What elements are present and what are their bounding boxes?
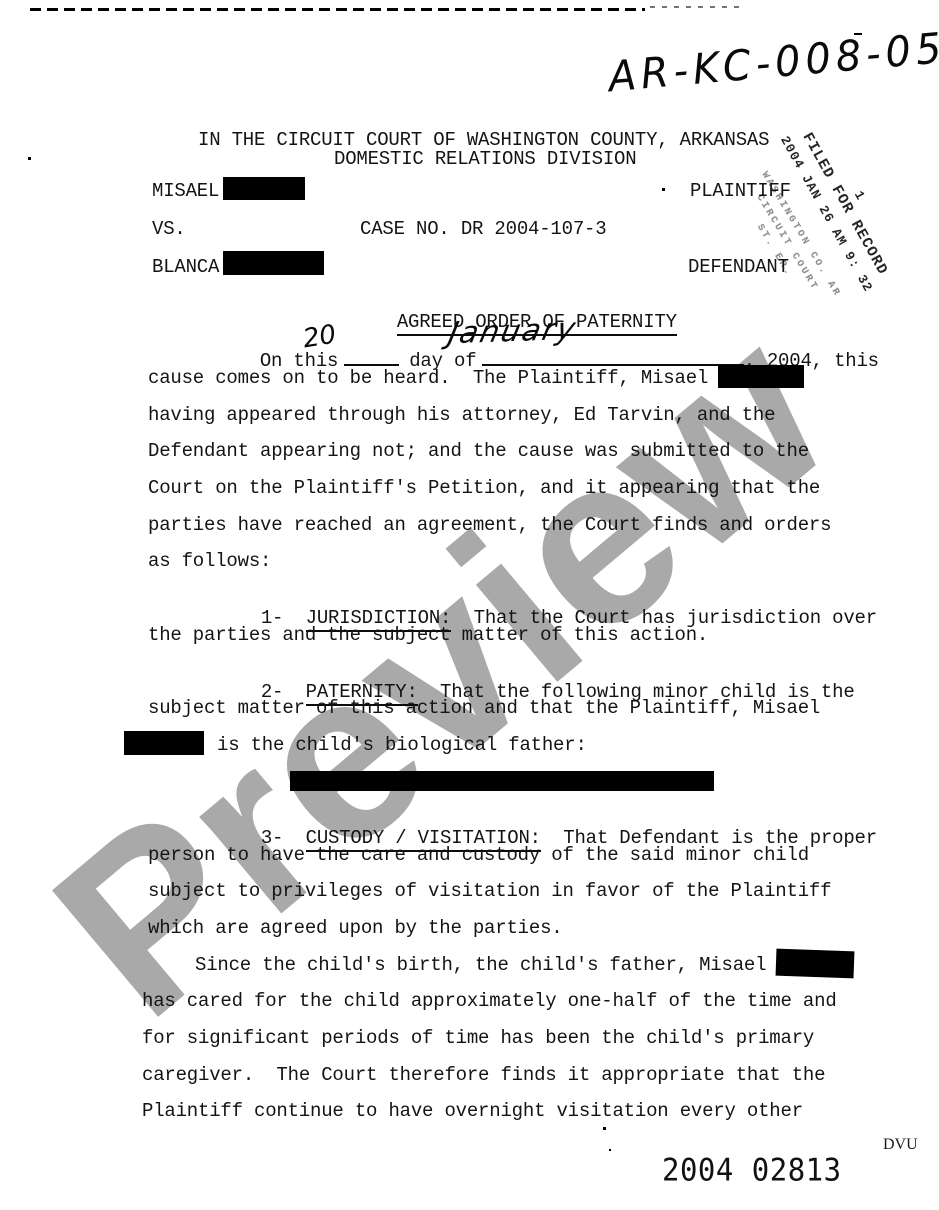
- plaintiff-name: MISAEL: [152, 182, 219, 202]
- body-line: Plaintiff continue to have overnight vis…: [142, 1102, 803, 1122]
- body-line: the parties and the subject matter of th…: [148, 626, 708, 646]
- body-line: as follows:: [148, 552, 271, 572]
- body-line: has cared for the child approximately on…: [142, 992, 837, 1012]
- body-line: having appeared through his attorney, Ed…: [148, 406, 775, 426]
- scanner-artifact-dot: [609, 1149, 611, 1151]
- plaintiff-surname-redaction: [718, 365, 804, 388]
- body-line: person to have the care and custody of t…: [148, 846, 809, 866]
- case-label-handwriting: AR-KC-008-05: [607, 24, 939, 102]
- child-name-redaction-bar: [290, 771, 714, 791]
- defendant-name: BLANCA: [152, 258, 219, 278]
- day-handwriting: 20: [301, 320, 338, 355]
- versus-label: VS.: [152, 220, 186, 240]
- plaintiff-surname-redaction: [124, 731, 204, 755]
- body-line: parties have reached an agreement, the C…: [148, 516, 831, 536]
- defendant-name-redaction: [223, 251, 324, 275]
- plaintiff-name-redaction: [223, 177, 305, 200]
- day-blank-underline: [344, 359, 399, 366]
- body-line: subject matter of this action and that t…: [148, 699, 820, 719]
- scanner-artifact-dot: [28, 157, 31, 160]
- footer-code: DVU: [883, 1137, 918, 1153]
- body-line: which are agreed upon by the parties.: [148, 919, 562, 939]
- scanned-court-document-page: Preview AR-KC-008-05 IN THE CIRCUIT COUR…: [0, 0, 939, 1210]
- body-line: for significant periods of time has been…: [142, 1029, 814, 1049]
- body-line: caregiver. The Court therefore finds it …: [142, 1066, 825, 1086]
- month-handwriting: January: [445, 312, 580, 352]
- body-line: Since the child's birth, the child's fat…: [195, 956, 766, 976]
- body-line: is the child's biological father:: [217, 736, 587, 756]
- scanner-artifact-dashed-line-right: [650, 6, 745, 8]
- plaintiff-surname-redaction: [776, 949, 855, 979]
- body-line: Defendant appearing not; and the cause w…: [148, 442, 809, 462]
- month-blank-underline: [482, 359, 744, 366]
- scanner-artifact-dot: [662, 188, 665, 191]
- case-number: CASE NO. DR 2004-107-3: [360, 220, 606, 240]
- court-header-line-2: DOMESTIC RELATIONS DIVISION: [334, 150, 636, 170]
- stamp-page-number: 1: [811, 116, 908, 276]
- scanner-artifact-dot: [603, 1127, 606, 1130]
- body-line: subject to privileges of visitation in f…: [148, 882, 831, 902]
- document-number-stamp: 2004 02813: [662, 1155, 842, 1186]
- scanner-artifact-dashed-line: [30, 8, 645, 11]
- body-line: cause comes on to be heard. The Plaintif…: [148, 369, 708, 389]
- body-line: Court on the Plaintiff's Petition, and i…: [148, 479, 820, 499]
